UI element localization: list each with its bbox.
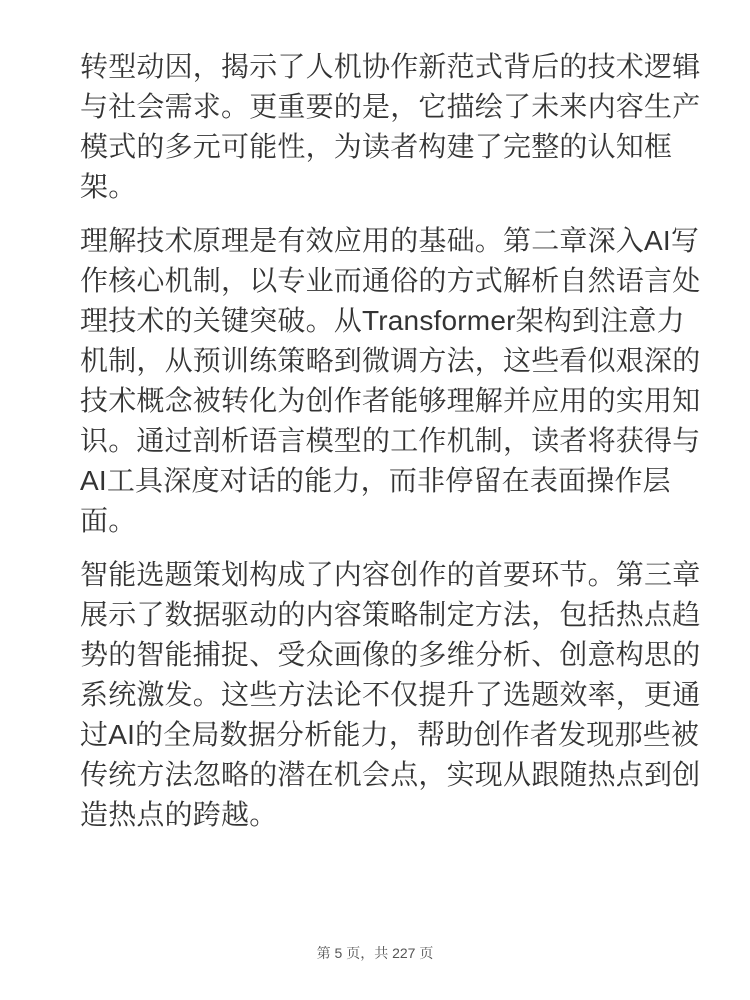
text-line: 转型动因，揭示了人机协作新范式背后的技术逻辑 [80, 47, 672, 87]
paragraph: 转型动因，揭示了人机协作新范式背后的技术逻辑与社会需求。更重要的是，它描绘了未来… [80, 47, 672, 207]
page-number-label: 第 5 页，共 227 页 [317, 945, 434, 961]
text-line: 作核心机制，以专业而通俗的方式解析自然语言处 [80, 261, 672, 301]
paragraph: 理解技术原理是有效应用的基础。第二章深入AI写作核心机制，以专业而通俗的方式解析… [80, 221, 672, 541]
text-line: 造热点的跨越。 [80, 795, 672, 835]
text-line: 势的智能捕捉、受众画像的多维分析、创意构思的 [80, 635, 672, 675]
text-line: AI工具深度对话的能力，而非停留在表面操作层 [80, 461, 672, 501]
document-page: 转型动因，揭示了人机协作新范式背后的技术逻辑与社会需求。更重要的是，它描绘了未来… [0, 0, 750, 1000]
text-line: 传统方法忽略的潜在机会点，实现从跟随热点到创 [80, 755, 672, 795]
text-line: 架。 [80, 167, 672, 207]
text-line: 与社会需求。更重要的是，它描绘了未来内容生产 [80, 87, 672, 127]
text-line: 过AI的全局数据分析能力，帮助创作者发现那些被 [80, 715, 672, 755]
paragraph: 智能选题策划构成了内容创作的首要环节。第三章展示了数据驱动的内容策略制定方法，包… [80, 555, 672, 835]
text-line: 机制，从预训练策略到微调方法，这些看似艰深的 [80, 341, 672, 381]
text-line: 识。通过剖析语言模型的工作机制，读者将获得与 [80, 421, 672, 461]
page-body: 转型动因，揭示了人机协作新范式背后的技术逻辑与社会需求。更重要的是，它描绘了未来… [0, 0, 750, 835]
text-line: 面。 [80, 501, 672, 541]
page-footer: 第 5 页，共 227 页 [0, 943, 750, 963]
text-line: 技术概念被转化为创作者能够理解并应用的实用知 [80, 381, 672, 421]
text-line: 模式的多元可能性，为读者构建了完整的认知框 [80, 127, 672, 167]
text-line: 理技术的关键突破。从Transformer架构到注意力 [80, 301, 672, 341]
text-line: 智能选题策划构成了内容创作的首要环节。第三章 [80, 555, 672, 595]
text-line: 系统激发。这些方法论不仅提升了选题效率，更通 [80, 675, 672, 715]
text-line: 展示了数据驱动的内容策略制定方法，包括热点趋 [80, 595, 672, 635]
text-line: 理解技术原理是有效应用的基础。第二章深入AI写 [80, 221, 672, 261]
